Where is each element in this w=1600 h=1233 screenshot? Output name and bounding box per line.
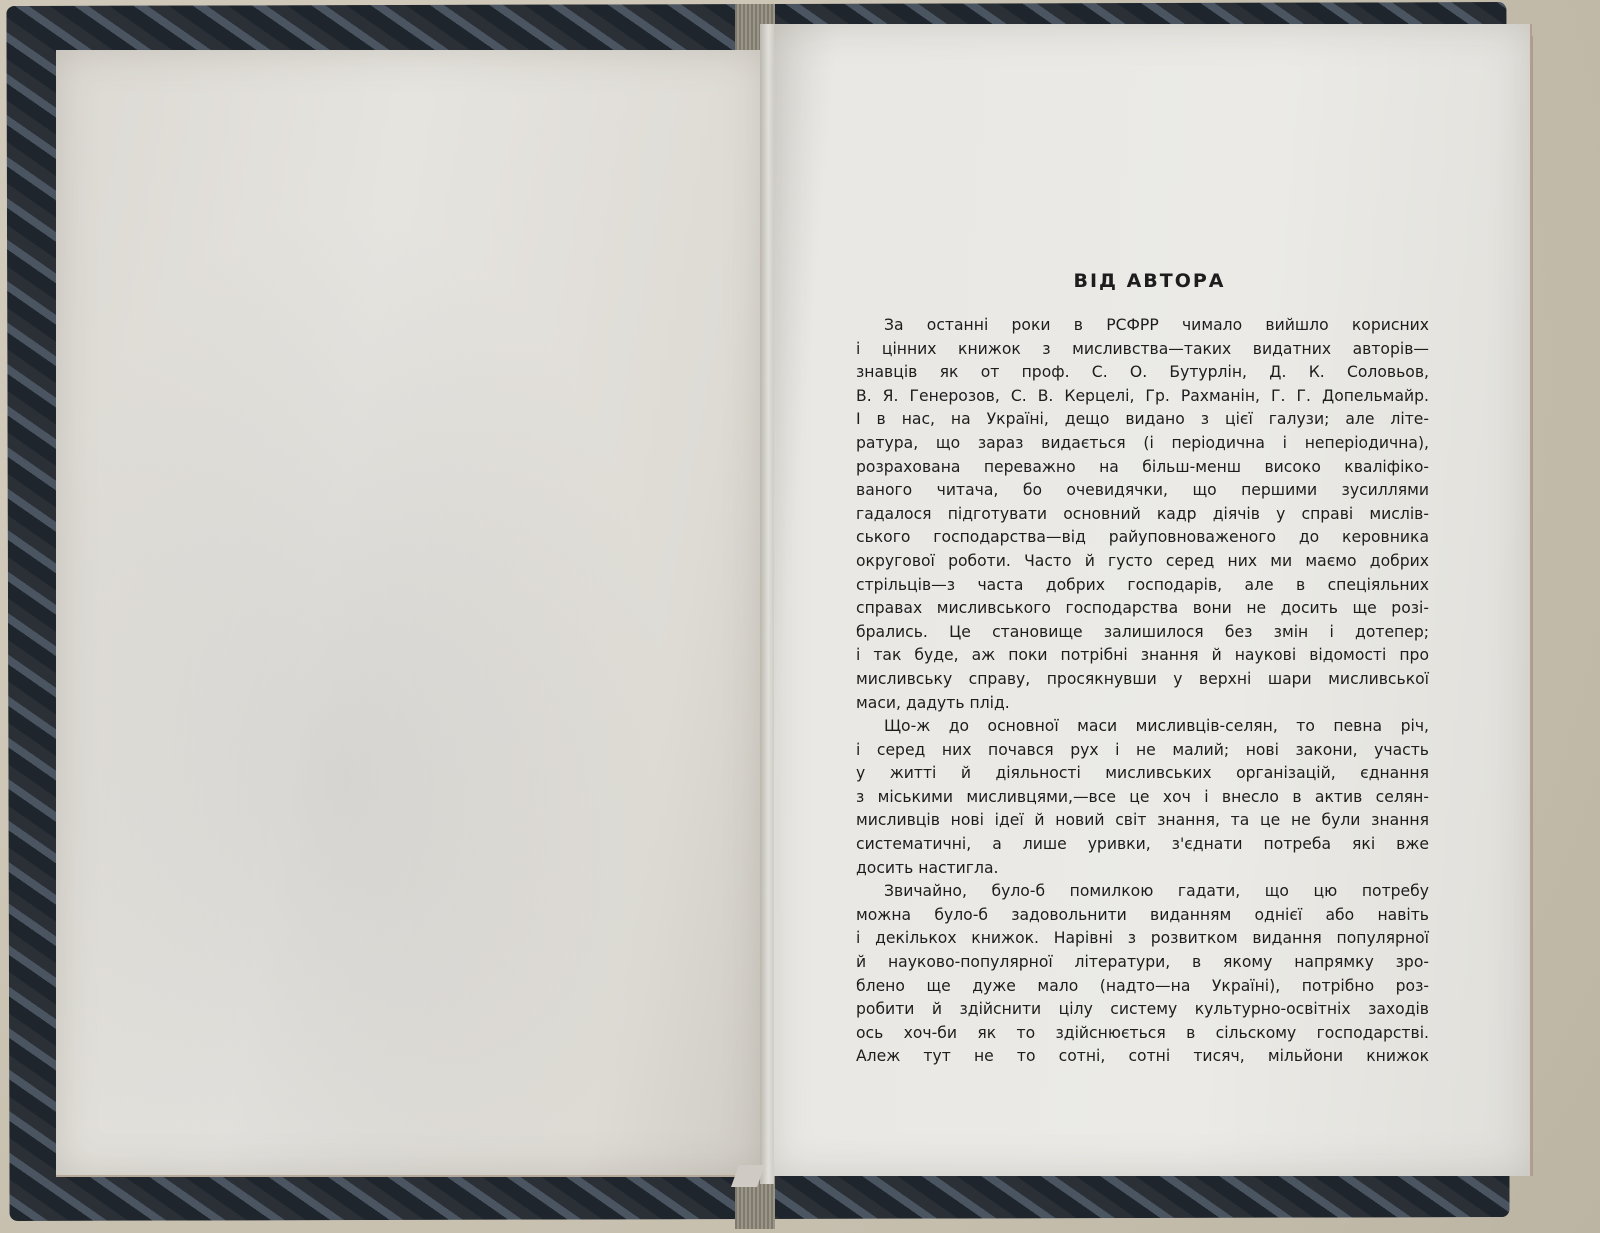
text-line: Алеж тут не то сотні, сотні тисяч, мільй… (856, 1045, 1429, 1069)
text-line: ського господарства—від райуповноваженог… (856, 526, 1429, 550)
text-line: знавців як от проф. С. О. Бутурлін, Д. К… (856, 361, 1429, 385)
text-line: Що-ж до основної маси мисливців-селян, т… (856, 715, 1429, 739)
preface-heading: ВІД АВТОРА (856, 270, 1429, 292)
text-line: систематичні, а лише уривки, з'єднати по… (856, 833, 1429, 857)
text-line: можна було-б задовольнити виданням одніє… (856, 904, 1429, 928)
text-line: брались. Це становище залишилося без змі… (856, 621, 1429, 645)
paragraph: Звичайно, було-б помилкою гадати, що цю … (856, 880, 1429, 1069)
text-line: і цінних книжок з мисливства—таких видат… (856, 338, 1429, 362)
text-line: За останні роки в РСФРР чимало вийшло ко… (856, 314, 1429, 338)
text-line: маси, дадуть плід. (856, 692, 1429, 716)
text-line: й науково-популярної літератури, в якому… (856, 951, 1429, 975)
text-line: мисливців нові ідеї й новий світ знання,… (856, 809, 1429, 833)
text-line: і так буде, аж поки потрібні знання й на… (856, 644, 1429, 668)
text-line: і серед них почався рух і не малий; нові… (856, 739, 1429, 763)
book-gutter (760, 24, 774, 1184)
text-line: у житті й діяльності мисливських організ… (856, 762, 1429, 786)
text-line: справах мисливського господарства вони н… (856, 597, 1429, 621)
text-line: з міськими мисливцями,—все це хоч і внес… (856, 786, 1429, 810)
text-line: ратура, що зараз видається (і періодична… (856, 432, 1429, 456)
text-line: В. Я. Генерозов, С. В. Керцелі, Гр. Рахм… (856, 385, 1429, 409)
text-line: ось хоч-би як то здійснюється в сільском… (856, 1022, 1429, 1046)
text-line: мисливську справу, просякнувши у верхні … (856, 668, 1429, 692)
text-line: блено ще дуже мало (надто—на Україні), п… (856, 975, 1429, 999)
paragraph: Що-ж до основної маси мисливців-селян, т… (856, 715, 1429, 880)
text-line: гадалося підготувати основний кадр діячі… (856, 503, 1429, 527)
text-line: розрахована переважно на більш-менш висо… (856, 456, 1429, 480)
text-line: стрільців—з часта добрих господарів, але… (856, 574, 1429, 598)
text-line: Звичайно, було-б помилкою гадати, що цю … (856, 880, 1429, 904)
text-line: ваного читача, бо очевидячки, що першими… (856, 479, 1429, 503)
text-line: досить настигла. (856, 857, 1429, 881)
preface-paragraphs: За останні роки в РСФРР чимало вийшло ко… (856, 314, 1429, 1069)
left-page-blank (56, 50, 764, 1177)
text-line: І в нас, на Україні, дещо видано з цієї … (856, 408, 1429, 432)
preface-text: ВІД АВТОРА За останні роки в РСФРР чимал… (856, 270, 1429, 1069)
text-line: округової роботи. Часто й густо серед ни… (856, 550, 1429, 574)
text-line: і декількох книжок. Нарівні з розвитком … (856, 927, 1429, 951)
text-line: робити й здійснити цілу систему культурн… (856, 998, 1429, 1022)
paragraph: За останні роки в РСФРР чимало вийшло ко… (856, 314, 1429, 715)
